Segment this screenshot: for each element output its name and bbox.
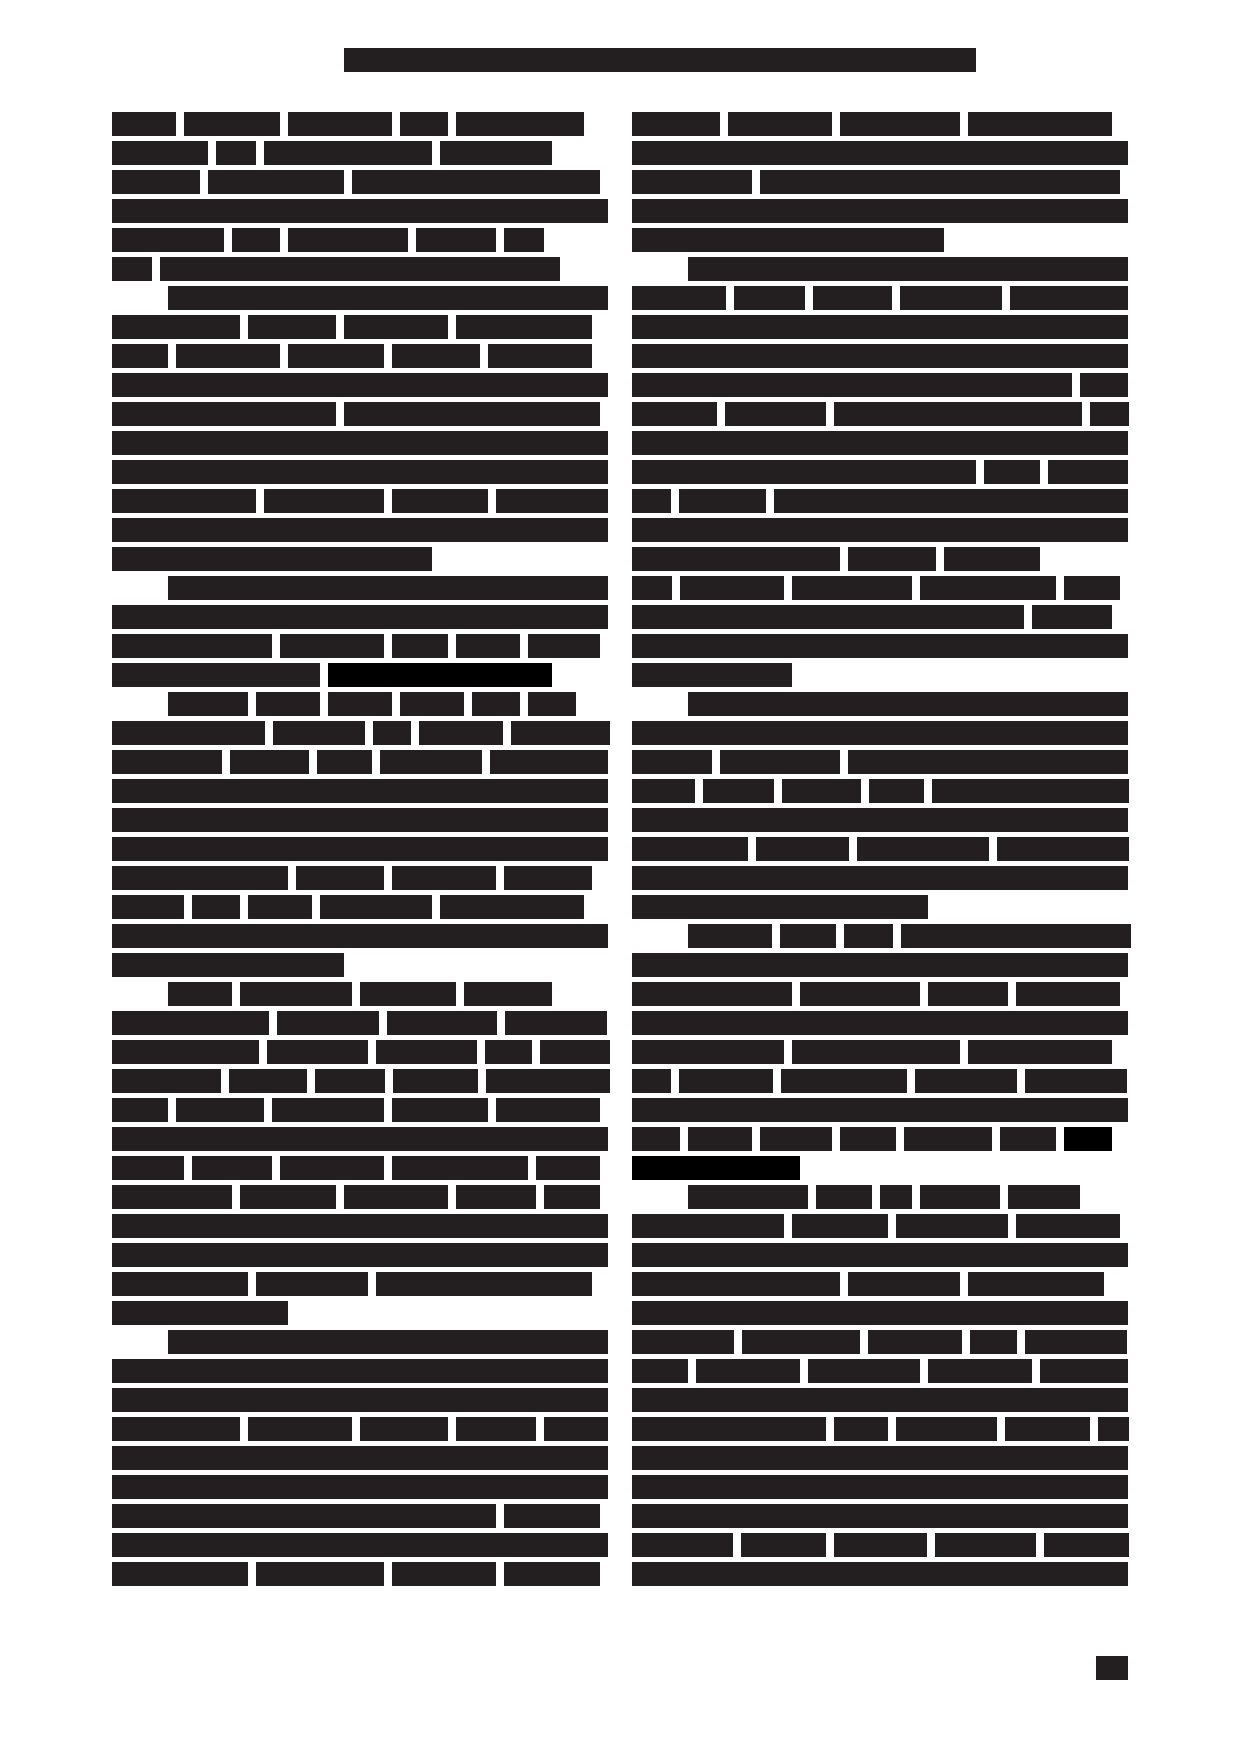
redacted-text-block [915,1069,1017,1093]
redacted-text-block [632,315,1128,339]
redacted-text-block [112,1272,248,1296]
redacted-text-block [256,692,320,716]
text-line [112,431,608,455]
text-line [112,605,608,629]
redacted-text-block [456,634,520,658]
text-line [632,547,1128,571]
redacted-text-block [792,576,912,600]
redacted-text-block [112,315,240,339]
redacted-text-block [780,924,836,948]
redacted-text-block [112,866,288,890]
text-line [632,286,1128,310]
text-line [632,953,1128,977]
redacted-text-block [928,982,1008,1006]
text-line [112,402,608,426]
redacted-text-block [419,721,503,745]
redacted-text-block [813,286,892,310]
redacted-text-block [344,315,448,339]
redacted-text-block [632,1417,826,1441]
text-line [112,924,608,948]
redacted-text-block [632,373,1072,397]
redacted-text-block [112,634,272,658]
redacted-text-block [632,1272,840,1296]
text-line [632,1533,1128,1557]
redacted-text-block [360,1417,448,1441]
redacted-text-block [112,1214,608,1238]
redacted-text-block [679,1069,773,1093]
redacted-text-block [267,1040,368,1064]
redacted-text-block [725,402,826,426]
redacted-text-block [688,1185,808,1209]
redacted-text-block [632,489,671,513]
text-line [632,692,1128,716]
redacted-text-block [696,1359,800,1383]
text-line [112,1011,608,1035]
text-line [632,1301,1128,1325]
redacted-text-block [168,692,248,716]
text-line [632,402,1128,426]
redacted-text-block [848,547,936,571]
redacted-text-block [632,953,1128,977]
redacted-text-block [756,837,849,861]
redacted-text-block [840,112,960,136]
text-line [632,315,1128,339]
redacted-text-block [272,1098,384,1122]
redacted-text-block [848,1272,960,1296]
redacted-text-block [504,228,544,252]
redacted-text-block [728,112,832,136]
text-line [112,112,608,136]
redacted-text-block [380,750,482,774]
redacted-text-block [360,982,456,1006]
redacted-text-block [112,1127,608,1151]
redacted-text-block [834,1417,888,1441]
text-line [632,1388,1128,1412]
redacted-text-block [485,1040,532,1064]
redacted-text-block [680,576,784,600]
text-line [112,692,608,716]
redacted-text-block [935,1533,1036,1557]
redacted-text-block [632,344,1128,368]
redacted-text-block [632,141,1128,165]
redacted-text-block [792,1214,888,1238]
redacted-text-block [112,402,336,426]
redacted-text-block [632,1301,1128,1325]
redacted-text-block [112,460,608,484]
redacted-text-block [1016,1214,1120,1238]
redacted-text-block [544,1417,608,1441]
redacted-text-block [703,779,774,803]
redacted-text-block [1005,1417,1090,1441]
redacted-text-block [792,1040,960,1064]
text-line [632,1156,1128,1180]
text-line [112,460,608,484]
redacted-text-block [1064,576,1120,600]
redacted-text-block [1025,1330,1127,1354]
redacted-text-block [392,634,448,658]
redacted-text-block [112,663,320,687]
redacted-text-block [296,866,384,890]
redacted-text-block [112,605,608,629]
redacted-text-block [632,866,1128,890]
redacted-text-block [112,837,608,861]
redacted-text-block [1080,373,1128,397]
redacted-text-block [920,576,1056,600]
redacted-text-block [112,1446,608,1470]
redacted-text-block [264,141,432,165]
redacted-text-block [632,1214,784,1238]
redacted-text-block [632,837,748,861]
redacted-text-block [504,1562,600,1586]
redacted-text-block [277,1011,379,1035]
highlighted-text-block [1064,1127,1112,1151]
redacted-text-block [632,1446,1128,1470]
redacted-text-block [112,895,184,919]
text-line [112,1504,608,1528]
redacted-text-block [901,924,1131,948]
redacted-text-block [632,112,720,136]
redacted-text-block [632,518,1128,542]
highlighted-text-block [632,1156,800,1180]
text-line [112,721,608,745]
redacted-text-block [1098,1417,1129,1441]
redacted-text-block [816,1185,872,1209]
redacted-text-block [968,1272,1104,1296]
redacted-text-block [536,1156,600,1180]
redacted-text-block [184,112,280,136]
redacted-text-block [1032,605,1112,629]
text-line [632,750,1128,774]
redacted-text-block [760,1127,832,1151]
redacted-text-block [168,576,608,600]
redacted-text-block [632,228,944,252]
redacted-text-block [868,1330,962,1354]
text-line [632,982,1128,1006]
redacted-text-block [392,489,488,513]
redacted-text-block [632,721,1128,745]
redacted-text-block [632,547,840,571]
text-line [632,489,1128,513]
text-line [632,257,1128,281]
text-line [112,1214,608,1238]
text-line [632,112,1128,136]
text-line [632,518,1128,542]
redacted-text-block [112,431,608,455]
text-line [632,895,1128,919]
redacted-text-block [896,1417,997,1441]
text-line [112,1417,608,1441]
redacted-text-block [1025,1069,1127,1093]
text-line [112,1243,608,1267]
redacted-text-block [632,1330,734,1354]
text-line [112,953,608,977]
redacted-text-block [176,1098,264,1122]
redacted-text-block [112,1185,232,1209]
text-line [112,199,608,223]
text-line [112,141,608,165]
redacted-text-block [317,750,372,774]
text-line [632,1185,1128,1209]
redacted-text-block [970,1330,1017,1354]
redacted-text-block [632,1243,1128,1267]
text-line [112,373,608,397]
redacted-text-block [112,1098,168,1122]
redacted-text-block [248,1417,352,1441]
text-line [112,576,608,600]
redacted-text-block [632,1504,1128,1528]
redacted-text-block [248,895,312,919]
text-line [632,431,1128,455]
redacted-text-block [264,489,384,513]
redacted-text-block [844,924,893,948]
left-column [112,112,608,1591]
running-header [344,48,976,72]
text-line [632,1040,1128,1064]
redacted-text-block [984,460,1040,484]
redacted-text-block [688,257,1128,281]
redacted-text-block [968,1040,1112,1064]
redacted-text-block [632,1533,733,1557]
redacted-text-block [320,895,432,919]
text-line [632,1504,1128,1528]
redacted-text-block [1090,402,1129,426]
redacted-text-block [456,315,592,339]
redacted-text-block [112,489,256,513]
redacted-text-block [112,924,608,948]
redacted-text-block [393,1069,478,1093]
text-line [632,1475,1128,1499]
redacted-text-block [256,1562,384,1586]
redacted-text-block [112,779,608,803]
text-line [112,982,608,1006]
redacted-text-block [392,1562,496,1586]
redacted-text-block [192,895,240,919]
redacted-text-block [112,1533,608,1557]
redacted-text-block [720,750,840,774]
redacted-text-block [168,286,608,310]
redacted-text-block [160,257,560,281]
redacted-text-block [392,866,496,890]
redacted-text-block [944,547,1040,571]
redacted-text-block [112,1301,288,1325]
redacted-text-block [932,779,1129,803]
text-line [112,1359,608,1383]
redacted-text-block [440,141,552,165]
redacted-text-block [112,1069,221,1093]
redacted-text-block [632,286,726,310]
redacted-text-block [112,141,208,165]
redacted-text-block [800,982,920,1006]
text-line [112,1562,608,1586]
redacted-text-block [315,1069,385,1093]
text-line [112,1156,608,1180]
redacted-text-block [968,112,1112,136]
text-line [112,489,608,513]
text-line [632,866,1128,890]
redacted-text-block [486,1069,610,1093]
text-line [632,344,1128,368]
text-line [632,634,1128,658]
redacted-text-block [1010,286,1128,310]
redacted-text-block [632,460,976,484]
text-line [112,228,608,252]
page-number [1096,1656,1128,1680]
redacted-text-block [1008,1185,1080,1209]
text-line [112,1069,608,1093]
text-line [112,895,608,919]
text-line [632,1562,1128,1586]
redacted-text-block [240,1185,336,1209]
text-line [112,547,608,571]
redacted-text-block [112,344,168,368]
redacted-text-block [928,1359,1032,1383]
text-line [632,141,1128,165]
redacted-text-block [496,1098,600,1122]
redacted-text-block [544,1185,600,1209]
text-line [632,460,1128,484]
redacted-text-block [464,982,552,1006]
redacted-text-block [112,547,432,571]
redacted-text-block [900,286,1002,310]
redacted-text-block [540,1040,610,1064]
redacted-text-block [632,1069,671,1093]
redacted-text-block [456,112,584,136]
redacted-text-block [1016,982,1120,1006]
redacted-text-block [496,489,608,513]
text-line [112,1330,608,1354]
redacted-text-block [632,1098,1128,1122]
redacted-text-block [488,344,592,368]
redacted-text-block [490,750,608,774]
redacted-text-block [112,112,176,136]
redacted-text-block [256,1272,368,1296]
redacted-text-block [344,1185,448,1209]
text-line [632,1359,1128,1383]
redacted-text-block [112,199,608,223]
redacted-text-block [760,170,1120,194]
redacted-text-block [528,634,600,658]
redacted-text-block [273,721,365,745]
redacted-text-block [248,315,336,339]
redacted-text-block [857,837,989,861]
redacted-text-block [632,1388,1128,1412]
redacted-text-block [376,1040,477,1064]
text-line [112,808,608,832]
redacted-text-block [280,634,384,658]
redacted-text-block [112,953,344,977]
text-line [632,1098,1128,1122]
redacted-text-block [1044,1533,1129,1557]
text-line [112,750,608,774]
redacted-text-block [1000,1127,1056,1151]
redacted-text-block [782,779,861,803]
text-line [632,837,1128,861]
redacted-text-block [112,373,608,397]
text-line [632,228,1128,252]
redacted-text-block [344,48,976,72]
redacted-text-block [112,808,608,832]
redacted-text-block [400,112,448,136]
text-line [632,779,1128,803]
text-line [632,576,1128,600]
redacted-text-block [869,779,924,803]
redacted-text-block [373,721,411,745]
text-line [112,170,608,194]
redacted-text-block [112,228,224,252]
redacted-text-block [688,1127,752,1151]
text-line [632,663,1128,687]
redacted-text-block [229,1069,307,1093]
text-line [112,1301,608,1325]
text-line [632,1127,1128,1151]
redacted-text-block [392,1156,528,1180]
redacted-text-block [688,692,1128,716]
redacted-text-block [392,1098,488,1122]
text-line [632,1011,1128,1035]
redacted-text-block [176,344,280,368]
redacted-text-block [112,1359,608,1383]
redacted-text-block [632,1562,1128,1586]
text-line [112,344,608,368]
redacted-text-block [456,1417,536,1441]
text-line [112,866,608,890]
text-line [632,1330,1128,1354]
text-line [112,837,608,861]
redacted-text-block [288,344,384,368]
redacted-text-block [168,982,232,1006]
redacted-text-block [848,750,1128,774]
redacted-text-block [112,170,200,194]
redacted-text-block [456,1185,536,1209]
redacted-text-block [632,199,1128,223]
text-line [632,808,1128,832]
redacted-text-block [112,1243,608,1267]
redacted-text-block [112,257,152,281]
redacted-text-block [504,1504,600,1528]
redacted-text-block [511,721,610,745]
redacted-text-block [208,170,344,194]
redacted-text-block [632,895,928,919]
redacted-text-block [632,750,712,774]
redacted-text-block [679,489,766,513]
redacted-text-block [632,634,1128,658]
text-line [112,1388,608,1412]
redacted-text-block [440,895,584,919]
text-line [112,315,608,339]
redacted-text-block [997,837,1129,861]
redacted-text-block [834,1533,927,1557]
text-line [112,1098,608,1122]
text-line [112,1127,608,1151]
redacted-text-block [216,141,256,165]
redacted-text-block [1040,1359,1128,1383]
redacted-text-block [632,605,1024,629]
redacted-text-block [1048,460,1128,484]
redacted-text-block [632,402,717,426]
redacted-text-block [112,518,608,542]
redacted-text-block [632,663,792,687]
redacted-text-block [392,344,480,368]
redacted-text-block [632,431,1128,455]
text-line [632,199,1128,223]
redacted-text-block [400,692,464,716]
redacted-text-block [632,808,1128,832]
text-line [112,634,608,658]
text-line [112,1272,608,1296]
redacted-text-block [328,692,392,716]
text-line [112,518,608,542]
redacted-text-block [288,228,408,252]
